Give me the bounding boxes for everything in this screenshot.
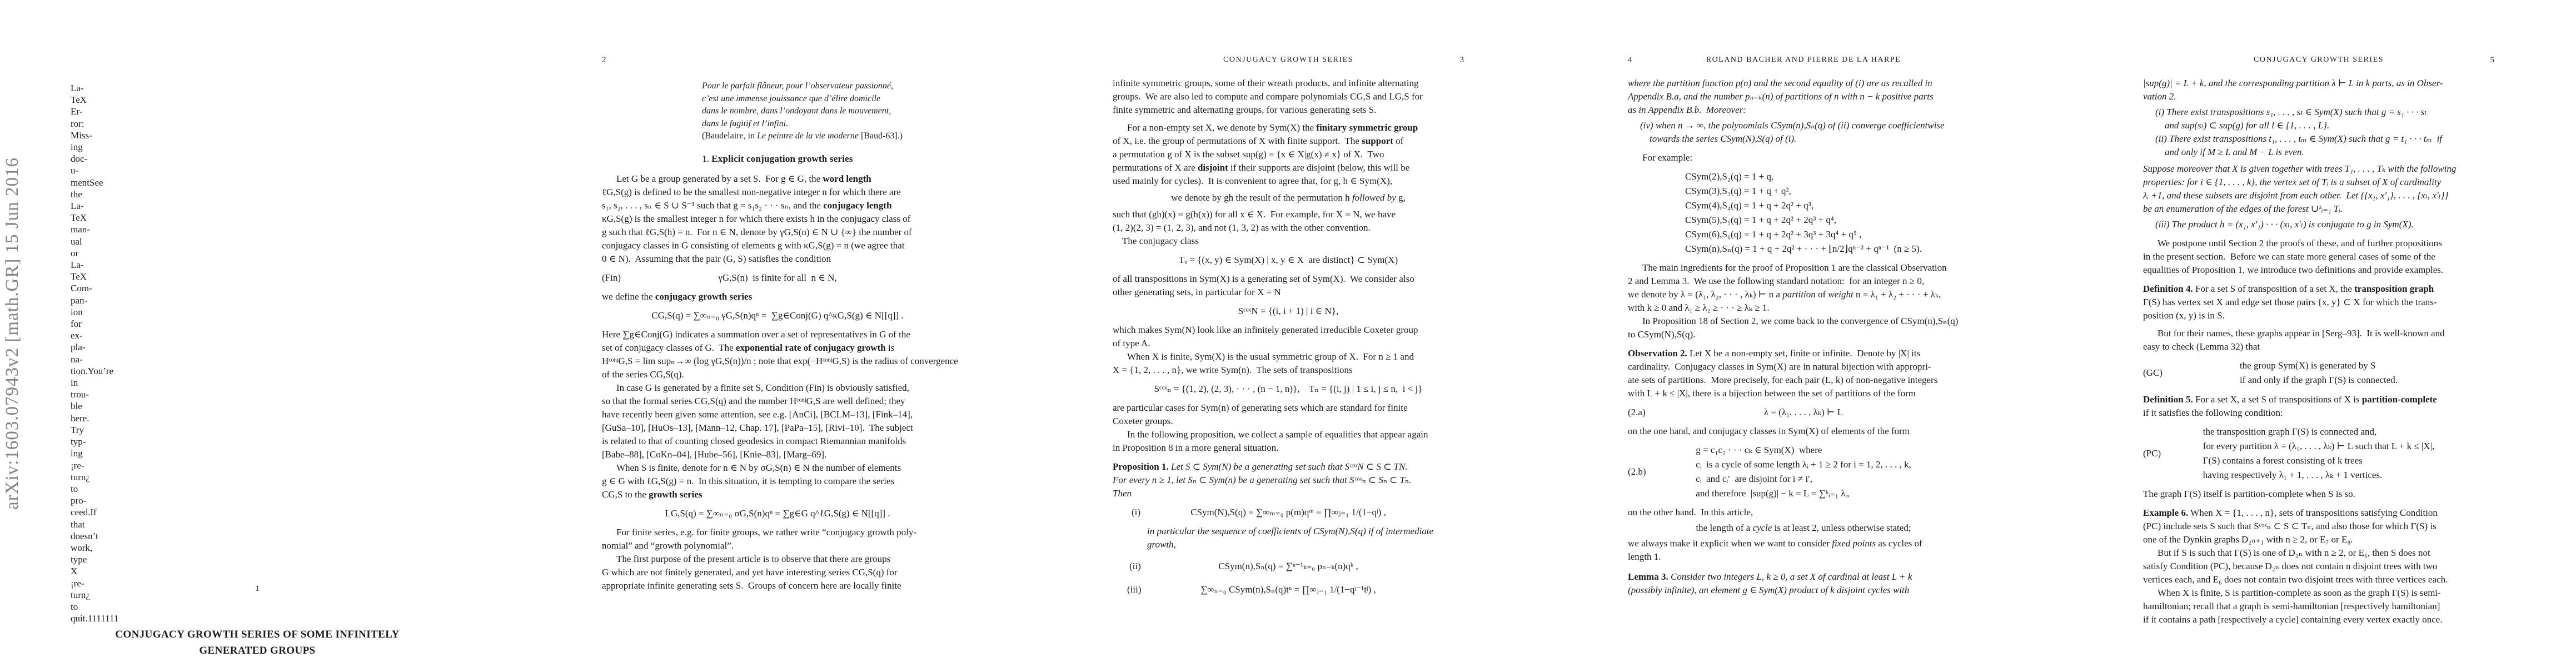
text-line: in Proposition 8 in a more general situa…	[1113, 441, 1464, 455]
text-line: Then	[1113, 487, 1464, 500]
equation-body: the group Sym(X) is generated by Sif and…	[2240, 359, 2398, 387]
text-line: The first purpose of the present article…	[602, 552, 953, 566]
text-line: with L + k ≤ |X|, there is a bijection b…	[1628, 387, 1979, 400]
text-line: But for their names, these graphs appear…	[2143, 327, 2494, 340]
text-line: which makes Sym(N) look like an infinite…	[1113, 323, 1464, 337]
text-disp: Sᶜᵒˣₙ = {(1, 2), (2, 3), · · · , (n − 1,…	[1113, 382, 1464, 396]
text-line: Proposition 1. Let S ⊂ Sym(N) be a gener…	[1113, 460, 1464, 474]
text-p: But for their names, these graphs appear…	[2143, 327, 2494, 354]
text-line: λ = (λ₁, . . . , λₖ) ⊢ L	[1764, 405, 1843, 420]
text-p: which makes Sym(N) look like an infinite…	[1113, 323, 1464, 350]
text-p: (iii) The product h = (x₁, x′₁) · · · (x…	[2155, 218, 2494, 231]
text-line: Here ∑g∈Conj(G) indicates a summation ov…	[602, 328, 953, 341]
text-p: In Proposition 18 of Section 2, we come …	[1628, 315, 1979, 341]
text-line: set of conjugacy classes of G. The expon…	[602, 341, 953, 355]
text-line: conjugacy classes in G consisting of ele…	[602, 239, 953, 252]
text-line: For every n ≥ 1, let Sₙ ⊂ Sym(n) be a ge…	[1113, 474, 1464, 487]
text-p: The graph Γ(S) itself is partition-compl…	[2143, 487, 2494, 501]
text-line: Suppose moreover that X is given togethe…	[2143, 162, 2494, 176]
error-text-line: TeX	[71, 271, 132, 282]
text-line: where the partition function p(n) and th…	[1628, 77, 1979, 90]
page-3-text-block: CONJUGACY GROWTH SERIES3infinite symmetr…	[1113, 56, 1464, 602]
text-line: for every partition λ = (λ₁, . . . , λₖ)…	[2203, 439, 2434, 454]
text-line: CSym(n),Sₙ(q) = 1 + q + 2q² + · · · + ⌊n…	[1685, 242, 1922, 256]
running-title: CONJUGACY GROWTH SERIES	[1113, 56, 1464, 64]
text-line: length 1.	[1628, 550, 1979, 564]
text-line: Sᶜᵒˣₙ = {(1, 2), (2, 3), · · · , (n − 1,…	[1154, 382, 1423, 396]
error-text-line: tion.You’re	[71, 365, 132, 377]
text-p: Lemma 3. Consider two integers L, k ≥ 0,…	[1628, 570, 1979, 597]
text-p: we define the conjugacy growth series	[602, 290, 953, 303]
pdf-page-3: CONJUGACY GROWTH SERIES3infinite symmetr…	[1026, 0, 1551, 667]
text-line: cardinality. Conjugacy classes in Sym(X)…	[1628, 360, 1979, 374]
text-line: appropriate infinite generating sets S. …	[602, 579, 953, 593]
text-line: ate sets of partitions. More precisely, …	[1628, 374, 1979, 387]
text-p: Definition 5. For a set X, a set S of tr…	[2143, 393, 2494, 420]
error-text-line: the	[71, 188, 132, 200]
text-line: cᵢ is a cycle of some length λᵢ + 1 ≥ 2 …	[1696, 457, 1911, 472]
equation-body: LG,S(q) = ∑∞ₙ₌₀ σG,S(n)qⁿ = ∑g∈G q^ℓG,S(…	[665, 506, 890, 521]
text-line: we denote by λ = (λ₁, λ₂, · · · , λₖ) ⊢ …	[1628, 288, 1979, 301]
text-line: be an enumeration of the edges of the fo…	[2143, 202, 2494, 216]
text-line: other generating sets, in particular for…	[1113, 286, 1464, 299]
running-title: ROLAND BACHER AND PIERRE DE LA HARPE	[1628, 56, 1979, 64]
text-line: position (x, y) is in S.	[2143, 309, 2494, 322]
error-text-line: u-	[71, 165, 132, 176]
text-line: so that the formal series CG,S(q) and th…	[602, 395, 953, 408]
text-line: we denote by gh the result of the permut…	[1113, 191, 1464, 205]
error-text-line: ion	[71, 306, 132, 318]
text-line: ∑∞ₙ₌₀ CSym(n),Sₙ(q)tⁿ = ∏∞ⱼ₌₁ 1/(1−qʲ⁻¹t…	[1200, 583, 1376, 597]
text-line: For finite series, e.g. for finite group…	[602, 526, 953, 539]
paper-title-line-2: GENERATED GROUPS	[52, 643, 463, 659]
equation-body: Sᶜᵒˣₙ = {(1, 2), (2, 3), · · · , (n − 1,…	[1154, 382, 1423, 396]
error-text-line: man-	[71, 223, 132, 235]
text-line: s₁, s₂, . . . , sₙ ∈ S ∪ S⁻¹ such that g…	[602, 199, 953, 212]
text-line: Definition 5. For a set X, a set S of tr…	[2143, 393, 2494, 406]
text-line: λᵢ +1, and these subsets are disjoint fr…	[2143, 189, 2494, 202]
text-line: the group Sym(X) is generated by S	[2240, 359, 2398, 373]
text-line: (iii) The product h = (x₁, x′₁) · · · (x…	[2155, 218, 2494, 231]
text-line: easy to check (Lemma 32) that	[2143, 340, 2494, 354]
text-line: vertices each, and E₆ does not contain t…	[2143, 573, 2494, 586]
text-line: κG,S(g) is the smallest integer n for wh…	[602, 212, 953, 226]
error-text-line: X	[71, 565, 132, 577]
display-iii: (iii)∑∞ₙ₌₀ CSym(n),Sₙ(q)tⁿ = ∏∞ⱼ₌₁ 1/(1−…	[1113, 583, 1464, 597]
text-line: We postpone until Section 2 the proofs o…	[2143, 237, 2494, 250]
text-line: growth,	[1147, 538, 1464, 551]
page-number-right: 3	[1460, 56, 1464, 65]
text-line: nomial” and “growth polynomial”.	[602, 539, 953, 552]
error-text-line: in	[71, 377, 132, 389]
error-text-line: ual	[71, 236, 132, 247]
text-line: a permutation g of X is the subset sup(g…	[1113, 148, 1464, 161]
text-line: on the one hand, and conjugacy classes i…	[1628, 425, 1979, 438]
text-line: Tₓ = {(x, y) ∈ Sym(X) | x, y ∈ X are dis…	[1179, 253, 1398, 267]
text-line: (iv) when n → ∞, the polynomials CSym(n)…	[1640, 119, 1979, 132]
text-line: cᵢ and cᵢ′ are disjoint for i ≠ i′,	[1696, 472, 1911, 486]
text-p: Let G be a group generated by a set S. F…	[602, 172, 953, 266]
text-line: with k ≥ 0 and λ₁ ≥ λ₂ ≥ · · · ≥ λₖ ≥ 1.	[1628, 301, 1979, 315]
equation-tag: (iii)	[1127, 584, 1142, 595]
text-line: of X, i.e. the group of permutations of …	[1113, 135, 1464, 148]
text-line: vation 2.	[2143, 90, 2494, 103]
text-line: if and only if the graph Γ(S) is connect…	[2240, 373, 2398, 387]
text-line: g ∈ G with ℓG,S(g) = n. In this situatio…	[602, 475, 953, 488]
text-p: Definition 4. For a set S of transpositi…	[2143, 282, 2494, 322]
error-text-line: La-	[71, 259, 132, 271]
text-line: CSym(N),S(q) = ∑∞ₘ₌₀ p(m)qᵐ = ∏∞ⱼ₌₁ 1/(1…	[1190, 505, 1386, 520]
equation-body: CSym(n),Sₙ(q) = ∑ⁿ⁻¹ₖ₌₀ pₙ₋ₖ(n)qᵏ ,	[1218, 559, 1358, 574]
text-line: SᶜᵒˣN = {(i, i + 1) | i ∈ N},	[1238, 304, 1338, 318]
text-line: CG,S to the growth series	[602, 488, 953, 501]
text-line: dans le nombre, dans l’ondoyant dans le …	[702, 105, 953, 118]
text-line: γG,S(n) is finite for all n ∈ N,	[718, 271, 836, 285]
error-text-line: trou-	[71, 389, 132, 400]
text-p: Observation 2. Let X be a non-empty set,…	[1628, 347, 1979, 400]
error-text-line: work,	[71, 542, 132, 554]
text-line: CSym(3),S₃(q) = 1 + q + q²,	[1685, 184, 1922, 198]
text-line: For a non-empty set X, we denote by Sym(…	[1113, 121, 1464, 135]
text-p: infinite symmetric groups, some of their…	[1113, 77, 1464, 117]
equation-tag: (PC)	[2143, 448, 2161, 459]
text-p: such that (gh)(x) = g(h(x)) for all x ∈ …	[1113, 208, 1464, 248]
text-line: CSym(6),S₆(q) = 1 + q + 2q² + 3q³ + 3q⁴ …	[1685, 227, 1922, 242]
running-head-page-2: 2	[602, 56, 953, 70]
text-p: We postpone until Section 2 the proofs o…	[2143, 237, 2494, 277]
display-2a: (2.a)λ = (λ₁, . . . , λₖ) ⊢ L	[1628, 405, 1979, 420]
text-p: The main ingredients for the proof of Pr…	[1628, 261, 1979, 315]
text-line: G which are not finitely generated, and …	[602, 566, 953, 579]
text-p: |sup(g)| = L + k, and the corresponding …	[2143, 77, 2494, 103]
running-head-page-3: CONJUGACY GROWTH SERIES3	[1113, 56, 1464, 70]
text-p: Here ∑g∈Conj(G) indicates a summation ov…	[602, 328, 953, 381]
text-disp: LG,S(q) = ∑∞ₙ₌₀ σG,S(n)qⁿ = ∑g∈G q^ℓG,S(…	[602, 506, 953, 521]
error-text-line: quit.1111111	[71, 613, 132, 624]
text-line: (Baudelaire, in Le peintre de la vie mod…	[702, 130, 953, 143]
error-text-line: typ-	[71, 436, 132, 447]
text-line: (PC) include sets S such that Sᶜᵒˣₙ ⊂ S …	[2143, 520, 2494, 533]
text-disp: CSym(2),S₂(q) = 1 + q,CSym(3),S₃(q) = 1 …	[1628, 170, 1979, 256]
text-p: we always make it explicit when we want …	[1628, 537, 1979, 564]
text-p: (iv) when n → ∞, the polynomials CSym(n)…	[1640, 119, 1979, 146]
equation-body: CG,S(q) = ∑∞ₙ₌₀ γG,S(n)qⁿ = ∑g∈Conj(G) q…	[651, 308, 903, 323]
text-p: The first purpose of the present article…	[602, 552, 953, 593]
error-text-line: pan-	[71, 295, 132, 306]
equation-tag: (i)	[1132, 507, 1140, 518]
text-line: dans le fugitif et l’infini.	[702, 118, 953, 131]
text-line: is related to that of counting closed ge…	[602, 435, 953, 448]
error-text-line: doc-	[71, 153, 132, 165]
text-p: When X is finite, Sym(X) is the usual sy…	[1113, 350, 1464, 377]
text-line: satisfy Condition (PC), because D₂ₙ does…	[2143, 560, 2494, 573]
text-line: permutations of X are disjoint if their …	[1113, 161, 1464, 175]
text-line: groups. We are also led to compute and c…	[1113, 90, 1464, 103]
pdf-page-4: 4ROLAND BACHER AND PIERRE DE LA HARPEwhe…	[1541, 0, 2066, 667]
error-text-line: that	[71, 519, 132, 530]
text-line: have recently been given some attention,…	[602, 408, 953, 421]
error-text-line: ex-	[71, 330, 132, 341]
equation-body: CSym(2),S₂(q) = 1 + q,CSym(3),S₃(q) = 1 …	[1685, 170, 1922, 256]
page-number-left: 4	[1628, 56, 1632, 65]
text-p: (i) There exist transpositions s₁, . . .…	[2155, 106, 2494, 159]
text-p: on the one hand, and conjugacy classes i…	[1628, 425, 1979, 438]
pdf-document-view: { "page1": { "arxiv_stamp": "arXiv:1603.…	[0, 0, 2576, 667]
text-line: g such that ℓG,S(h) = n. For n ∈ N, deno…	[602, 226, 953, 239]
error-text-line: Miss-	[71, 130, 132, 141]
text-line: in particular the sequence of coefficien…	[1147, 525, 1464, 538]
page-4-text-block: 4ROLAND BACHER AND PIERRE DE LA HARPEwhe…	[1628, 56, 1979, 597]
pdf-page-2: 2Pour le parfait flâneur, pour l’observa…	[515, 0, 1040, 667]
display-PC: (PC)the transposition graph Γ(S) is conn…	[2143, 425, 2494, 482]
equation-tag: (ii)	[1129, 561, 1141, 572]
text-line: In case G is generated by a finite set S…	[602, 381, 953, 395]
equation-body: SᶜᵒˣN = {(i, i + 1) | i ∈ N},	[1238, 304, 1338, 318]
text-line: Definition 4. For a set S of transpositi…	[2143, 282, 2494, 296]
text-line: of type A.	[1113, 337, 1464, 350]
text-line: of all transpositions in Sym(X) is a gen…	[1113, 272, 1464, 286]
text-quote: Pour le parfait flâneur, pour l’observat…	[702, 80, 953, 143]
error-text-line: ing	[71, 141, 132, 153]
text-line: 1. Explicit conjugation growth series	[602, 152, 953, 166]
error-text-line: type	[71, 554, 132, 565]
running-head-page-5: CONJUGACY GROWTH SERIES5	[2143, 56, 2494, 70]
equation-tag: (2.a)	[1628, 407, 1646, 418]
page-number-left: 2	[602, 56, 606, 65]
equation-tag: (GC)	[2143, 367, 2163, 379]
text-p: of all transpositions in Sym(X) is a gen…	[1113, 272, 1464, 299]
text-line: When X is finite, S is partition-complet…	[2143, 586, 2494, 600]
text-line: and therefore |sup(g)| − k = L = ∑ᵏᵢ₌₁ λ…	[1696, 486, 1911, 501]
display-2b: (2.b)g = c₁c₂ · · · cₖ ∈ Sym(X) wherecᵢ …	[1628, 443, 1979, 501]
error-text-line: to	[71, 601, 132, 613]
text-line: as in Appendix B.b. Moreover:	[1628, 103, 1979, 117]
text-p: Example 6. When X = {1, . . . , n}, sets…	[2143, 506, 2494, 546]
text-line: on the other hand. In this article,	[1628, 506, 1979, 519]
paper-title-line-1: CONJUGACY GROWTH SERIES OF SOME INFINITE…	[52, 626, 463, 643]
text-line: But if S is such that Γ(S) is one of D₂ₙ…	[2143, 546, 2494, 560]
text-ctr: 1. Explicit conjugation growth series	[602, 152, 953, 166]
text-line: Let G be a group generated by a set S. F…	[602, 172, 953, 186]
text-line: having respectively λ₁ + 1, . . . , λₖ +…	[2203, 468, 2434, 482]
latex-error-column: La-TeXEr-ror:Miss-ingdoc-u-mentSeetheLa-…	[71, 82, 132, 624]
text-line: used mainly for cycles). It is convenien…	[1113, 175, 1464, 188]
error-text-line: for	[71, 318, 132, 330]
text-line: Γ(S) contains a forest consisting of k t…	[2203, 454, 2434, 468]
text-line: (possibly infinite), an element g ∈ Sym(…	[1628, 584, 1979, 597]
text-line: in the present section. Before we can st…	[2143, 250, 2494, 263]
text-p: are particular cases for Sym(n) of gener…	[1113, 401, 1464, 428]
equation-tag: (2.b)	[1628, 466, 1646, 477]
error-text-line: ror:	[71, 118, 132, 130]
error-text-line: turn¿	[71, 471, 132, 483]
display-ii: (ii)CSym(n),Sₙ(q) = ∑ⁿ⁻¹ₖ₌₀ pₙ₋ₖ(n)qᵏ ,	[1113, 559, 1464, 574]
text-p: Suppose moreover that X is given togethe…	[2143, 162, 2494, 216]
text-disp: CG,S(q) = ∑∞ₙ₌₀ γG,S(n)qⁿ = ∑g∈Conj(G) q…	[602, 308, 953, 323]
text-line: CSym(4),S₄(q) = 1 + q + 2q² + q³,	[1685, 198, 1922, 213]
text-line: hamiltonian; recall that a graph is semi…	[2143, 600, 2494, 613]
running-head-page-4: 4ROLAND BACHER AND PIERRE DE LA HARPE	[1628, 56, 1979, 70]
text-line: towards the series CSym(N),S(q) of (i).	[1640, 132, 1979, 146]
text-line: the transposition graph Γ(S) is connecte…	[2203, 425, 2434, 439]
equation-body: CSym(N),S(q) = ∑∞ₘ₌₀ p(m)qᵐ = ∏∞ⱼ₌₁ 1/(1…	[1190, 505, 1386, 520]
error-text-line: TeX	[71, 212, 132, 223]
text-line: ℓG,S(g) is defined to be the smallest no…	[602, 186, 953, 199]
error-text-line: ¡re-	[71, 460, 132, 471]
text-line: When S is finite, denote for n ∈ N by σG…	[602, 461, 953, 475]
error-text-line: La-	[71, 200, 132, 212]
error-text-line: here.	[71, 412, 132, 424]
page-number-right: 5	[2490, 56, 2495, 65]
page-number-1: 1	[52, 584, 463, 594]
text-disp: SᶜᵒˣN = {(i, i + 1) | i ∈ N},	[1113, 304, 1464, 318]
error-text-line: La-	[71, 82, 132, 94]
text-line: of the series CG,S(q).	[602, 368, 953, 381]
error-text-line: ble	[71, 400, 132, 412]
page-5-text-block: CONJUGACY GROWTH SERIES5|sup(g)| = L + k…	[2143, 56, 2494, 626]
equation-body: ∑∞ₙ₌₀ CSym(n),Sₙ(q)tⁿ = ∏∞ⱼ₌₁ 1/(1−qʲ⁻¹t…	[1200, 583, 1376, 597]
paper-title: CONJUGACY GROWTH SERIES OF SOME INFINITE…	[52, 626, 463, 659]
text-line: The conjugacy class	[1113, 235, 1464, 248]
text-line: infinite symmetric groups, some of their…	[1113, 77, 1464, 90]
error-text-line: to	[71, 483, 132, 495]
text-line: LG,S(q) = ∑∞ₙ₌₀ σG,S(n)qⁿ = ∑g∈G q^ℓG,S(…	[665, 506, 890, 521]
error-text-line: ing	[71, 447, 132, 459]
text-line: if it contains a path [respectively a cy…	[2143, 613, 2494, 626]
text-line: g = c₁c₂ · · · cₖ ∈ Sym(X) where	[1696, 443, 1911, 457]
text-line: and only if M ≥ L and M − L is even.	[2155, 146, 2494, 159]
error-text-line: Er-	[71, 106, 132, 117]
error-text-line: mentSee	[71, 177, 132, 188]
error-text-line: or	[71, 247, 132, 259]
error-text-line: na-	[71, 354, 132, 365]
text-p: When S is finite, denote for n ∈ N by σG…	[602, 461, 953, 501]
text-p: For finite series, e.g. for finite group…	[602, 526, 953, 552]
error-text-line: ceed.If	[71, 506, 132, 518]
text-ctr: the length of a cycle is at least 2, unl…	[1628, 521, 1979, 535]
text-line: such that (gh)(x) = g(h(x)) for all x ∈ …	[1113, 208, 1464, 221]
text-line: [Babe–88], [CoKn–04], [Hube–56], [Knie–8…	[602, 448, 953, 461]
text-line: CG,S(q) = ∑∞ₙ₌₀ γG,S(n)qⁿ = ∑g∈Conj(G) q…	[651, 308, 903, 323]
text-line: (ii) There exist transpositions t₁, . . …	[2155, 132, 2494, 146]
equation-body: the transposition graph Γ(S) is connecte…	[2203, 425, 2434, 482]
text-line: Observation 2. Let X be a non-empty set,…	[1628, 347, 1979, 360]
error-text-line: Try	[71, 424, 132, 436]
text-line: Coxeter groups.	[1113, 415, 1464, 428]
display-i: (i)CSym(N),S(q) = ∑∞ₘ₌₀ p(m)qᵐ = ∏∞ⱼ₌₁ 1…	[1113, 505, 1464, 520]
text-p: where the partition function p(n) and th…	[1628, 77, 1979, 117]
display-Fin: (Fin)γG,S(n) is finite for all n ∈ N,	[602, 271, 953, 285]
text-line: finite symmetric and alternating groups,…	[1113, 103, 1464, 117]
text-line: Lemma 3. Consider two integers L, k ≥ 0,…	[1628, 570, 1979, 584]
text-line: For example:	[1628, 151, 1979, 165]
text-line: |sup(g)| = L + k, and the corresponding …	[2143, 77, 2494, 90]
text-line: are particular cases for Sym(n) of gener…	[1113, 401, 1464, 415]
pdf-page-1: arXiv:1603.07943v2 [math.GR] 15 Jun 2016…	[0, 0, 515, 667]
text-line: Appendix B.a, and the number pₙ₋ₖ(n) of …	[1628, 90, 1979, 103]
text-line: 2 and Lemma 3. We use the following stan…	[1628, 275, 1979, 288]
text-line: Example 6. When X = {1, . . . , n}, sets…	[2143, 506, 2494, 520]
text-p: For a non-empty set X, we denote by Sym(…	[1113, 121, 1464, 188]
text-line: CSym(2),S₂(q) = 1 + q,	[1685, 170, 1922, 184]
text-line: In Proposition 18 of Section 2, we come …	[1628, 315, 1979, 328]
text-ctr: we denote by gh the result of the permut…	[1113, 191, 1464, 205]
equation-tag: (Fin)	[602, 272, 621, 283]
text-line: HᶜᵒⁿʲG,S = lim supₙ→∞ (log γG,S(n))/n ; …	[602, 355, 953, 368]
error-text-line: TeX	[71, 94, 132, 106]
text-line: properties: for i ∈ {1, . . . , k}, the …	[2143, 176, 2494, 189]
error-text-line: pro-	[71, 495, 132, 506]
text-p: But if S is such that Γ(S) is one of D₂ₙ…	[2143, 546, 2494, 586]
text-line: (1, 2)(2, 3) = (1, 2, 3), and not (1, 3,…	[1113, 221, 1464, 235]
text-p: In the following proposition, we collect…	[1113, 428, 1464, 455]
text-line: X = {1, 2, . . . , n}, we write Sym(n). …	[1113, 364, 1464, 377]
text-line: equalities of Proposition 1, we introduc…	[2143, 263, 2494, 277]
arxiv-watermark: arXiv:1603.07943v2 [math.GR] 15 Jun 2016	[2, 50, 28, 617]
text-line: 0 ∈ N). Assuming that the pair (G, S) sa…	[602, 252, 953, 266]
equation-body: λ = (λ₁, . . . , λₖ) ⊢ L	[1764, 405, 1843, 420]
error-text-line: Com-	[71, 282, 132, 294]
equation-body: Tₓ = {(x, y) ∈ Sym(X) | x, y ∈ X are dis…	[1179, 253, 1398, 267]
equation-body: g = c₁c₂ · · · cₖ ∈ Sym(X) wherecᵢ is a …	[1696, 443, 1911, 501]
display-GC: (GC)the group Sym(X) is generated by Sif…	[2143, 359, 2494, 387]
text-line: we always make it explicit when we want …	[1628, 537, 1979, 550]
text-line: The main ingredients for the proof of Pr…	[1628, 261, 1979, 275]
text-line: CSym(n),Sₙ(q) = ∑ⁿ⁻¹ₖ₌₀ pₙ₋ₖ(n)qᵏ ,	[1218, 559, 1358, 574]
pdf-page-5: CONJUGACY GROWTH SERIES5|sup(g)| = L + k…	[2056, 0, 2576, 667]
text-line: one of the Dynkin graphs D₂ₙ₊₁ with n ≥ …	[2143, 533, 2494, 546]
text-line: When X is finite, Sym(X) is the usual sy…	[1113, 350, 1464, 364]
text-p: in particular the sequence of coefficien…	[1147, 525, 1464, 551]
text-line: Pour le parfait flâneur, pour l’observat…	[702, 80, 953, 93]
text-line: and sup(sₗ) ⊂ sup(g) for all l ∈ {1, . .…	[2155, 119, 2494, 132]
text-line: Γ(S) has vertex set X and edge set those…	[2143, 296, 2494, 309]
error-text-line: doesn’t	[71, 530, 132, 542]
text-p: When X is finite, S is partition-complet…	[2143, 586, 2494, 626]
text-p: Proposition 1. Let S ⊂ Sym(N) be a gener…	[1113, 460, 1464, 500]
text-p: In case G is generated by a finite set S…	[602, 381, 953, 461]
text-line: c’est une immense jouissance que d’élire…	[702, 93, 953, 106]
text-line: we define the conjugacy growth series	[602, 290, 953, 303]
error-text-line: pla-	[71, 341, 132, 353]
text-line: The graph Γ(S) itself is partition-compl…	[2143, 487, 2494, 501]
text-line: to CSym(N),S(q).	[1628, 328, 1979, 341]
page-2-text-block: 2Pour le parfait flâneur, pour l’observa…	[602, 56, 953, 593]
running-title: CONJUGACY GROWTH SERIES	[2143, 56, 2494, 64]
text-line: the length of a cycle is at least 2, unl…	[1628, 521, 1979, 535]
text-p: For example:	[1628, 151, 1979, 165]
text-line: In the following proposition, we collect…	[1113, 428, 1464, 441]
text-disp: Tₓ = {(x, y) ∈ Sym(X) | x, y ∈ X are dis…	[1113, 253, 1464, 267]
text-line: [GuSa–10], [HuOs–13], [Mann–12, Chap. 17…	[602, 421, 953, 435]
text-line: CSym(5),S₅(q) = 1 + q + 2q² + 2q³ + q⁴,	[1685, 213, 1922, 227]
text-line: (i) There exist transpositions s₁, . . .…	[2155, 106, 2494, 119]
text-p: on the other hand. In this article,	[1628, 506, 1979, 519]
text-line: if it satisfies the following condition:	[2143, 406, 2494, 420]
equation-body: γG,S(n) is finite for all n ∈ N,	[718, 271, 836, 285]
